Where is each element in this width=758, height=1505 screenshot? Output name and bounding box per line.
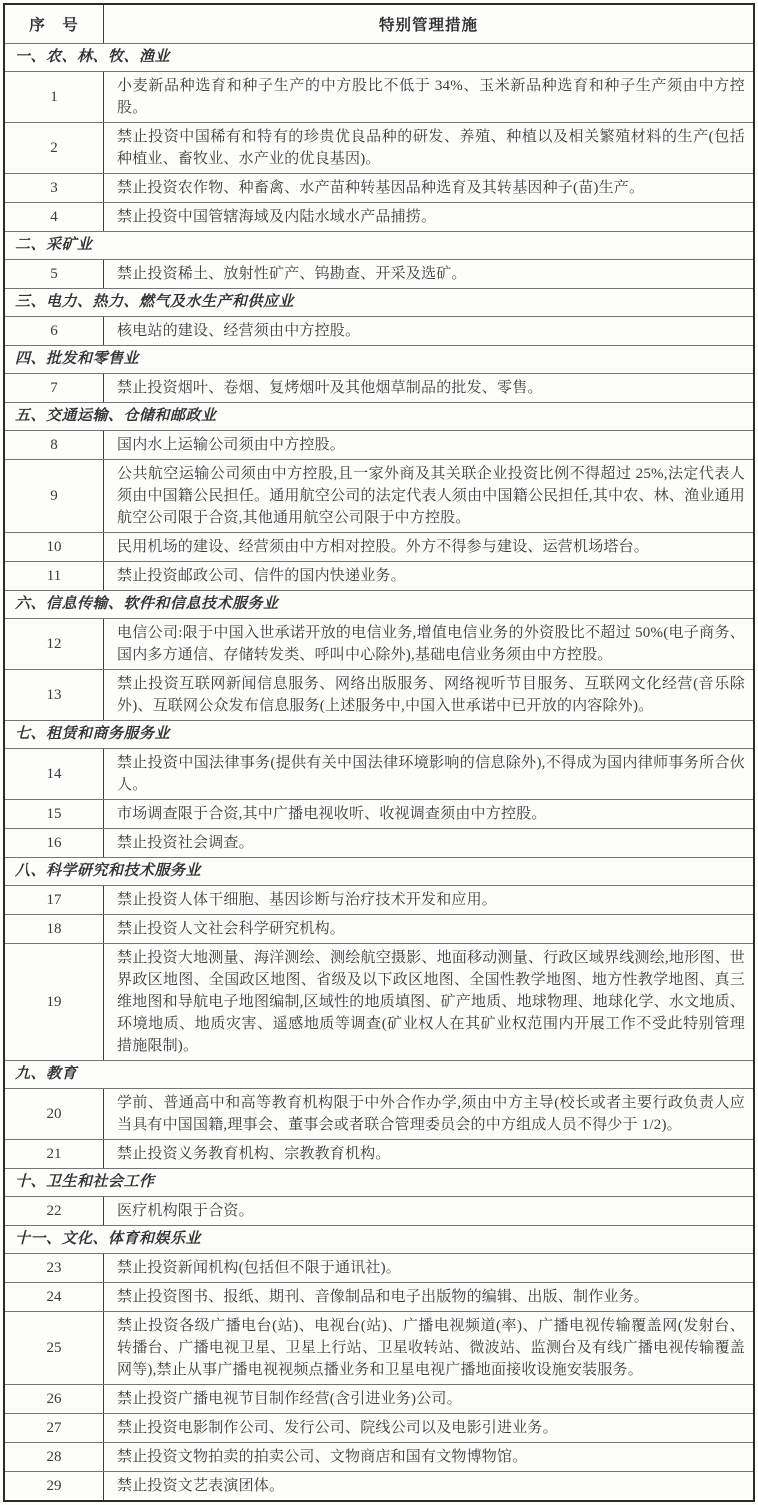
measure-text-cell: 禁止投资中国稀有和特有的珍贵优良品种的研发、养殖、种植以及相关繁殖材料的生产(包… bbox=[104, 123, 755, 174]
table-row: 6核电站的建设、经营须由中方控股。 bbox=[4, 317, 754, 346]
table-row: 4禁止投资中国管辖海域及内陆水域水产品捕捞。 bbox=[4, 203, 754, 232]
section-label: 六、信息传输、软件和信息技术服务业 bbox=[4, 591, 754, 619]
section-row: 七、租赁和商务服务业 bbox=[4, 721, 754, 749]
table-row: 22医疗机构限于合资。 bbox=[4, 1197, 754, 1226]
table-row: 24禁止投资图书、报纸、期刊、音像制品和电子出版物的编辑、出版、制作业务。 bbox=[4, 1283, 754, 1312]
table-row: 25禁止投资各级广播电台(站)、电视台(站)、广播电视频道(率)、广播电视传输覆… bbox=[4, 1312, 754, 1385]
section-label: 二、采矿业 bbox=[4, 232, 754, 260]
measure-text-cell: 公共航空运输公司须由中方控股,且一家外商及其关联企业投资比例不得超过 25%,法… bbox=[104, 460, 755, 533]
row-number-cell: 9 bbox=[4, 460, 104, 533]
table-row: 21禁止投资义务教育机构、宗教教育机构。 bbox=[4, 1140, 754, 1169]
table-row: 9公共航空运输公司须由中方控股,且一家外商及其关联企业投资比例不得超过 25%,… bbox=[4, 460, 754, 533]
measures-table-body: 一、农、林、牧、渔业1小麦新品种选育和种子生产的中方股比不低于 34%、玉米新品… bbox=[4, 44, 754, 1502]
row-number-cell: 10 bbox=[4, 533, 104, 562]
table-row: 18禁止投资人文社会科学研究机构。 bbox=[4, 915, 754, 944]
measure-text-cell: 核电站的建设、经营须由中方控股。 bbox=[104, 317, 755, 346]
measure-text-cell: 禁止投资义务教育机构、宗教教育机构。 bbox=[104, 1140, 755, 1169]
section-label: 十、卫生和社会工作 bbox=[4, 1169, 754, 1197]
section-row: 一、农、林、牧、渔业 bbox=[4, 44, 754, 72]
section-label: 三、电力、热力、燃气及水生产和供应业 bbox=[4, 289, 754, 317]
table-row: 14禁止投资中国法律事务(提供有关中国法律环境影响的信息除外),不得成为国内律师… bbox=[4, 749, 754, 800]
measure-text-cell: 禁止投资图书、报纸、期刊、音像制品和电子出版物的编辑、出版、制作业务。 bbox=[104, 1283, 755, 1312]
row-number-cell: 20 bbox=[4, 1089, 104, 1140]
table-row: 26禁止投资广播电视节目制作经营(含引进业务)公司。 bbox=[4, 1385, 754, 1414]
table-row: 23禁止投资新闻机构(包括但不限于通讯社)。 bbox=[4, 1254, 754, 1283]
section-row: 十、卫生和社会工作 bbox=[4, 1169, 754, 1197]
measure-text-cell: 禁止投资中国法律事务(提供有关中国法律环境影响的信息除外),不得成为国内律师事务… bbox=[104, 749, 755, 800]
row-number-cell: 18 bbox=[4, 915, 104, 944]
section-row: 二、采矿业 bbox=[4, 232, 754, 260]
section-row: 四、批发和零售业 bbox=[4, 346, 754, 374]
row-number-cell: 15 bbox=[4, 800, 104, 829]
measure-text-cell: 禁止投资邮政公司、信件的国内快递业务。 bbox=[104, 562, 755, 591]
table-row: 5禁止投资稀土、放射性矿产、钨勘查、开采及选矿。 bbox=[4, 260, 754, 289]
row-number-cell: 22 bbox=[4, 1197, 104, 1226]
measure-text-cell: 电信公司:限于中国入世承诺开放的电信业务,增值电信业务的外资股比不超过 50%(… bbox=[104, 619, 755, 670]
measure-text-cell: 小麦新品种选育和种子生产的中方股比不低于 34%、玉米新品种选育和种子生产须由中… bbox=[104, 72, 755, 123]
table-header: 序 号 特别管理措施 bbox=[4, 4, 754, 44]
table-row: 10民用机场的建设、经营须由中方相对控股。外方不得参与建设、运营机场塔台。 bbox=[4, 533, 754, 562]
row-number-cell: 8 bbox=[4, 431, 104, 460]
section-row: 五、交通运输、仓储和邮政业 bbox=[4, 403, 754, 431]
measure-text-cell: 禁止投资新闻机构(包括但不限于通讯社)。 bbox=[104, 1254, 755, 1283]
row-number-cell: 13 bbox=[4, 670, 104, 721]
table-row: 1小麦新品种选育和种子生产的中方股比不低于 34%、玉米新品种选育和种子生产须由… bbox=[4, 72, 754, 123]
measure-text-cell: 民用机场的建设、经营须由中方相对控股。外方不得参与建设、运营机场塔台。 bbox=[104, 533, 755, 562]
special-measures-table: 序 号 特别管理措施 一、农、林、牧、渔业1小麦新品种选育和种子生产的中方股比不… bbox=[3, 3, 755, 1502]
section-label: 八、科学研究和技术服务业 bbox=[4, 858, 754, 886]
row-number-cell: 16 bbox=[4, 829, 104, 858]
table-row: 8国内水上运输公司须由中方控股。 bbox=[4, 431, 754, 460]
table-row: 15市场调查限于合资,其中广播电视收听、收视调查须由中方控股。 bbox=[4, 800, 754, 829]
measure-text-cell: 禁止投资各级广播电台(站)、电视台(站)、广播电视频道(率)、广播电视传输覆盖网… bbox=[104, 1312, 755, 1385]
section-label: 九、教育 bbox=[4, 1061, 754, 1089]
row-number-cell: 3 bbox=[4, 174, 104, 203]
row-number-cell: 29 bbox=[4, 1472, 104, 1502]
section-label: 七、租赁和商务服务业 bbox=[4, 721, 754, 749]
row-number-cell: 23 bbox=[4, 1254, 104, 1283]
section-row: 三、电力、热力、燃气及水生产和供应业 bbox=[4, 289, 754, 317]
measure-text-cell: 学前、普通高中和高等教育机构限于中外合作办学,须由中方主导(校长或者主要行政负责… bbox=[104, 1089, 755, 1140]
row-number-cell: 28 bbox=[4, 1443, 104, 1472]
measure-text-cell: 禁止投资烟叶、卷烟、复烤烟叶及其他烟草制品的批发、零售。 bbox=[104, 374, 755, 403]
table-row: 12电信公司:限于中国入世承诺开放的电信业务,增值电信业务的外资股比不超过 50… bbox=[4, 619, 754, 670]
row-number-cell: 25 bbox=[4, 1312, 104, 1385]
section-label: 一、农、林、牧、渔业 bbox=[4, 44, 754, 72]
table-row: 11禁止投资邮政公司、信件的国内快递业务。 bbox=[4, 562, 754, 591]
table-row: 16禁止投资社会调查。 bbox=[4, 829, 754, 858]
row-number-cell: 6 bbox=[4, 317, 104, 346]
row-number-cell: 11 bbox=[4, 562, 104, 591]
header-measure-title: 特别管理措施 bbox=[104, 4, 755, 44]
row-number-cell: 5 bbox=[4, 260, 104, 289]
row-number-cell: 12 bbox=[4, 619, 104, 670]
row-number-cell: 1 bbox=[4, 72, 104, 123]
section-row: 六、信息传输、软件和信息技术服务业 bbox=[4, 591, 754, 619]
measure-text-cell: 禁止投资电影制作公司、发行公司、院线公司以及电影引进业务。 bbox=[104, 1414, 755, 1443]
row-number-cell: 19 bbox=[4, 944, 104, 1061]
table-row: 2禁止投资中国稀有和特有的珍贵优良品种的研发、养殖、种植以及相关繁殖材料的生产(… bbox=[4, 123, 754, 174]
row-number-cell: 17 bbox=[4, 886, 104, 915]
row-number-cell: 7 bbox=[4, 374, 104, 403]
row-number-cell: 2 bbox=[4, 123, 104, 174]
section-row: 九、教育 bbox=[4, 1061, 754, 1089]
measure-text-cell: 市场调查限于合资,其中广播电视收听、收视调查须由中方控股。 bbox=[104, 800, 755, 829]
table-row: 17禁止投资人体干细胞、基因诊断与治疗技术开发和应用。 bbox=[4, 886, 754, 915]
table-row: 29禁止投资文艺表演团体。 bbox=[4, 1472, 754, 1502]
row-number-cell: 26 bbox=[4, 1385, 104, 1414]
header-row: 序 号 特别管理措施 bbox=[4, 4, 754, 44]
section-label: 十一、文化、体育和娱乐业 bbox=[4, 1226, 754, 1254]
table-row: 7禁止投资烟叶、卷烟、复烤烟叶及其他烟草制品的批发、零售。 bbox=[4, 374, 754, 403]
header-serial-number: 序 号 bbox=[4, 4, 104, 44]
row-number-cell: 24 bbox=[4, 1283, 104, 1312]
table-row: 3禁止投资农作物、种畜禽、水产苗种转基因品种选育及其转基因种子(苗)生产。 bbox=[4, 174, 754, 203]
table-row: 19禁止投资大地测量、海洋测绘、测绘航空摄影、地面移动测量、行政区域界线测绘,地… bbox=[4, 944, 754, 1061]
measure-text-cell: 禁止投资中国管辖海域及内陆水域水产品捕捞。 bbox=[104, 203, 755, 232]
measure-text-cell: 国内水上运输公司须由中方控股。 bbox=[104, 431, 755, 460]
table-row: 20学前、普通高中和高等教育机构限于中外合作办学,须由中方主导(校长或者主要行政… bbox=[4, 1089, 754, 1140]
measure-text-cell: 禁止投资广播电视节目制作经营(含引进业务)公司。 bbox=[104, 1385, 755, 1414]
measure-text-cell: 医疗机构限于合资。 bbox=[104, 1197, 755, 1226]
row-number-cell: 21 bbox=[4, 1140, 104, 1169]
section-label: 五、交通运输、仓储和邮政业 bbox=[4, 403, 754, 431]
section-label: 四、批发和零售业 bbox=[4, 346, 754, 374]
row-number-cell: 14 bbox=[4, 749, 104, 800]
measure-text-cell: 禁止投资稀土、放射性矿产、钨勘查、开采及选矿。 bbox=[104, 260, 755, 289]
table-row: 27禁止投资电影制作公司、发行公司、院线公司以及电影引进业务。 bbox=[4, 1414, 754, 1443]
section-row: 八、科学研究和技术服务业 bbox=[4, 858, 754, 886]
measure-text-cell: 禁止投资人体干细胞、基因诊断与治疗技术开发和应用。 bbox=[104, 886, 755, 915]
table-row: 28禁止投资文物拍卖的拍卖公司、文物商店和国有文物博物馆。 bbox=[4, 1443, 754, 1472]
section-row: 十一、文化、体育和娱乐业 bbox=[4, 1226, 754, 1254]
measure-text-cell: 禁止投资大地测量、海洋测绘、测绘航空摄影、地面移动测量、行政区域界线测绘,地形图… bbox=[104, 944, 755, 1061]
row-number-cell: 4 bbox=[4, 203, 104, 232]
measure-text-cell: 禁止投资文物拍卖的拍卖公司、文物商店和国有文物博物馆。 bbox=[104, 1443, 755, 1472]
measure-text-cell: 禁止投资互联网新闻信息服务、网络出版服务、网络视听节目服务、互联网文化经营(音乐… bbox=[104, 670, 755, 721]
measure-text-cell: 禁止投资社会调查。 bbox=[104, 829, 755, 858]
measure-text-cell: 禁止投资农作物、种畜禽、水产苗种转基因品种选育及其转基因种子(苗)生产。 bbox=[104, 174, 755, 203]
measure-text-cell: 禁止投资文艺表演团体。 bbox=[104, 1472, 755, 1502]
row-number-cell: 27 bbox=[4, 1414, 104, 1443]
measure-text-cell: 禁止投资人文社会科学研究机构。 bbox=[104, 915, 755, 944]
table-row: 13禁止投资互联网新闻信息服务、网络出版服务、网络视听节目服务、互联网文化经营(… bbox=[4, 670, 754, 721]
